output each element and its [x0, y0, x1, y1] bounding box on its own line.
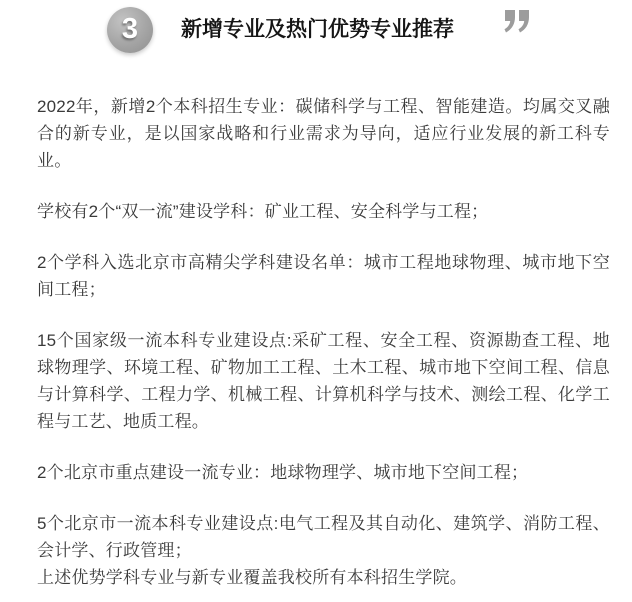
paragraph-beijing-first-class-majors: 5个北京市一流本科专业建设点:电气工程及其自动化、建筑学、消防工程、会计学、行政…: [37, 510, 610, 564]
paragraph-beijing-key-majors: 2个北京市重点建设一流专业：地球物理学、城市地下空间工程；: [37, 459, 610, 486]
article-body: 2022年，新增2个本科招生专业：碳储科学与工程、智能建造。均属交叉融合的新专业…: [0, 53, 632, 591]
paragraph-beijing-top-disciplines: 2个学科入选北京市高精尖学科建设名单：城市工程地球物理、城市地下空间工程；: [37, 249, 610, 303]
paragraph-double-first-class: 学校有2个“双一流”建设学科：矿业工程、安全科学与工程；: [37, 198, 610, 225]
paragraph-national-first-class-majors: 15个国家级一流本科专业建设点:采矿工程、安全工程、资源勘查工程、地球物理学、环…: [37, 327, 610, 435]
paragraph-coverage-note: 上述优势学科专业与新专业覆盖我校所有本科招生学院。: [37, 564, 610, 591]
article-page: 3 新增专业及热门优势专业推荐 2022年，新增2个本科招生专业：碳储科学与工程…: [0, 0, 632, 602]
paragraph-new-majors: 2022年，新增2个本科招生专业：碳储科学与工程、智能建造。均属交叉融合的新专业…: [37, 93, 610, 174]
closing-quote-icon: [504, 9, 531, 38]
section-header: 3 新增专业及热门优势专业推荐: [0, 0, 632, 53]
section-title: 新增专业及热门优势专业推荐: [181, 17, 454, 42]
section-number: 3: [122, 15, 138, 44]
section-number-badge: 3: [107, 7, 153, 53]
